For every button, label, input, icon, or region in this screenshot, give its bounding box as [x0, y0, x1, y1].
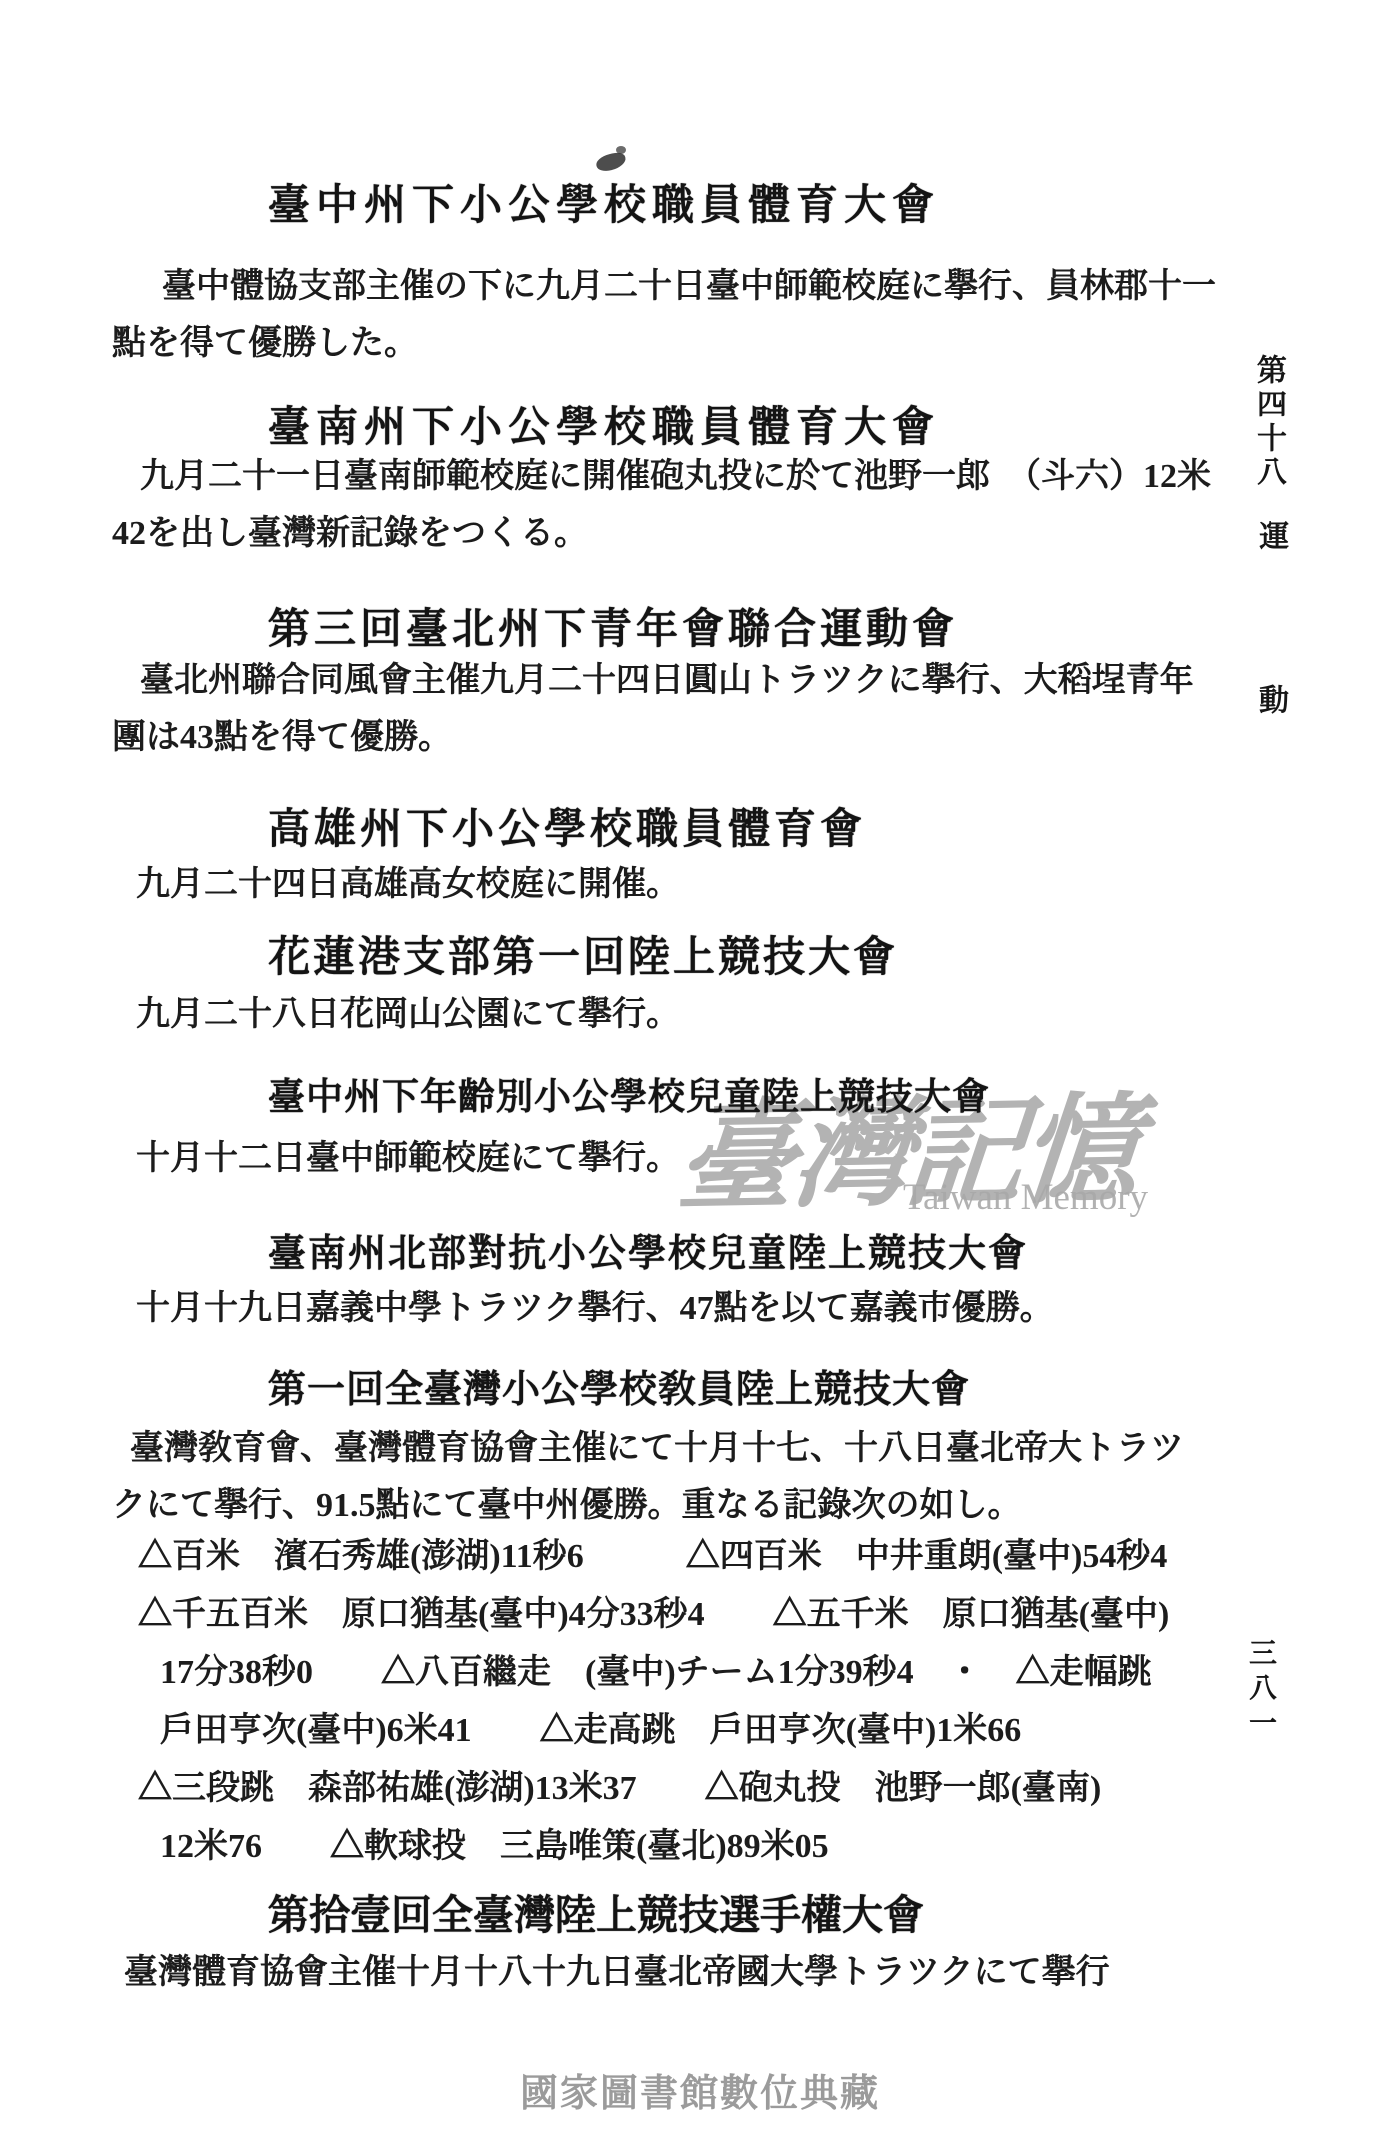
record-line: 12米76 △軟球投 三島唯策(臺北)89米05: [138, 1818, 1268, 1876]
section-paragraph: 臺中體協支部主催の下に九月二十日臺中師範校庭に擧行、員林郡十一 點を得て優勝した…: [112, 258, 1272, 372]
paragraph-line: 九月二十一日臺南師範校庭に開催砲丸投に於て池野一郎 （斗六）12米: [112, 448, 1272, 505]
record-line: 17分38秒0 △八百繼走 (臺中)チーム1分39秒4 ・ △走幅跳: [138, 1644, 1268, 1702]
section-title-taichu-staff-meet: 臺中州下小公學校職員體育大會: [268, 172, 940, 232]
record-line: △三段跳 森部祐雄(澎湖)13米37 △砲丸投 池野一郎(臺南): [138, 1760, 1268, 1818]
margin-chapter-number: 第四十八: [1246, 354, 1290, 490]
section-paragraph: 九月二十一日臺南師範校庭に開催砲丸投に於て池野一郎 （斗六）12米 42を出し臺…: [112, 448, 1272, 562]
section-paragraph: 九月二十四日高雄高女校庭に開催。: [112, 856, 1272, 913]
section-title-tainan-north-children-meet: 臺南州北部對抗小公學校兒童陸上競技大會: [268, 1222, 1028, 1277]
library-credit-footer: 國家圖書館數位典藏: [0, 2062, 1400, 2117]
paragraph-line: 團は43點を得て優勝。: [112, 709, 1272, 766]
section-paragraph: 十月十二日臺中師範校庭にて擧行。: [112, 1130, 1272, 1187]
paragraph-line: 十月十九日嘉義中學トラツク擧行、47點を以て嘉義市優勝。: [112, 1280, 1272, 1337]
paragraph-line: 九月二十四日高雄高女校庭に開催。: [112, 856, 1272, 913]
paragraph-line: 42を出し臺灣新記錄をつくる。: [112, 505, 1272, 562]
section-paragraph: 九月二十八日花岡山公園にて擧行。: [112, 986, 1272, 1043]
section-title-taichu-children-meet: 臺中州下年齡別小公學校兒童陸上競技大會: [268, 1066, 990, 1120]
ink-smudge: [595, 151, 628, 174]
paragraph-line: 點を得て優勝した。: [112, 315, 1272, 372]
section-paragraph: 臺灣體育協會主催十月十八十九日臺北帝國大學トラツクにて擧行: [112, 1944, 1272, 2001]
margin-chapter-word-char: 運: [1248, 520, 1292, 550]
record-list: △百米 濱石秀雄(澎湖)11秒6 △四百米 中井重朗(臺中)54秒4 △千五百米…: [138, 1528, 1268, 1876]
ink-smudge: [616, 146, 626, 154]
section-title-all-taiwan-teachers-meet: 第一回全臺灣小公學校敎員陸上競技大會: [268, 1358, 970, 1413]
section-paragraph: 十月十九日嘉義中學トラツク擧行、47點を以て嘉義市優勝。: [112, 1280, 1272, 1337]
margin-page-number: 三八一: [1240, 1638, 1280, 1743]
section-title-taihoku-youth-meet: 第三回臺北州下青年會聯合運動會: [268, 596, 958, 656]
paragraph-line: 臺灣敎育會、臺灣體育協會主催にて十月十七、十八日臺北帝大トラツ: [112, 1420, 1272, 1477]
record-line: △百米 濱石秀雄(澎湖)11秒6 △四百米 中井重朗(臺中)54秒4: [138, 1528, 1268, 1586]
paragraph-line: 十月十二日臺中師範校庭にて擧行。: [112, 1130, 1272, 1187]
scanned-document-page: 臺灣記憶 Taiwan Memory 臺中州下小公學校職員體育大會 臺中體協支部…: [0, 0, 1400, 2130]
section-paragraph: 臺北州聯合同風會主催九月二十四日圓山トラツクに擧行、大稻埕青年 團は43點を得て…: [112, 652, 1272, 766]
section-title-all-taiwan-championship: 第拾壹回全臺灣陸上競技選手權大會: [268, 1882, 924, 1941]
record-line: 戶田亨次(臺中)6米41 △走高跳 戶田亨次(臺中)1米66: [138, 1702, 1268, 1760]
paragraph-line: 九月二十八日花岡山公園にて擧行。: [112, 986, 1272, 1043]
margin-chapter-word-char: 動: [1248, 684, 1292, 714]
section-title-takao-staff-meet: 高雄州下小公學校職員體育會: [268, 796, 866, 856]
record-line: △千五百米 原口猶基(臺中)4分33秒4 △五千米 原口猶基(臺中): [138, 1586, 1268, 1644]
paragraph-line: 臺中體協支部主催の下に九月二十日臺中師範校庭に擧行、員林郡十一: [112, 258, 1272, 315]
section-paragraph: 臺灣敎育會、臺灣體育協會主催にて十月十七、十八日臺北帝大トラツ クにて擧行、91…: [112, 1420, 1272, 1534]
paragraph-line: クにて擧行、91.5點にて臺中州優勝。重なる記錄次の如し。: [112, 1477, 1272, 1534]
section-title-karenko-track-meet: 花蓮港支部第一回陸上競技大會: [268, 924, 898, 984]
section-title-tainan-staff-meet: 臺南州下小公學校職員體育大會: [268, 394, 940, 454]
paragraph-line: 臺北州聯合同風會主催九月二十四日圓山トラツクに擧行、大稻埕青年: [112, 652, 1272, 709]
paragraph-line: 臺灣體育協會主催十月十八十九日臺北帝國大學トラツクにて擧行: [112, 1944, 1272, 2001]
